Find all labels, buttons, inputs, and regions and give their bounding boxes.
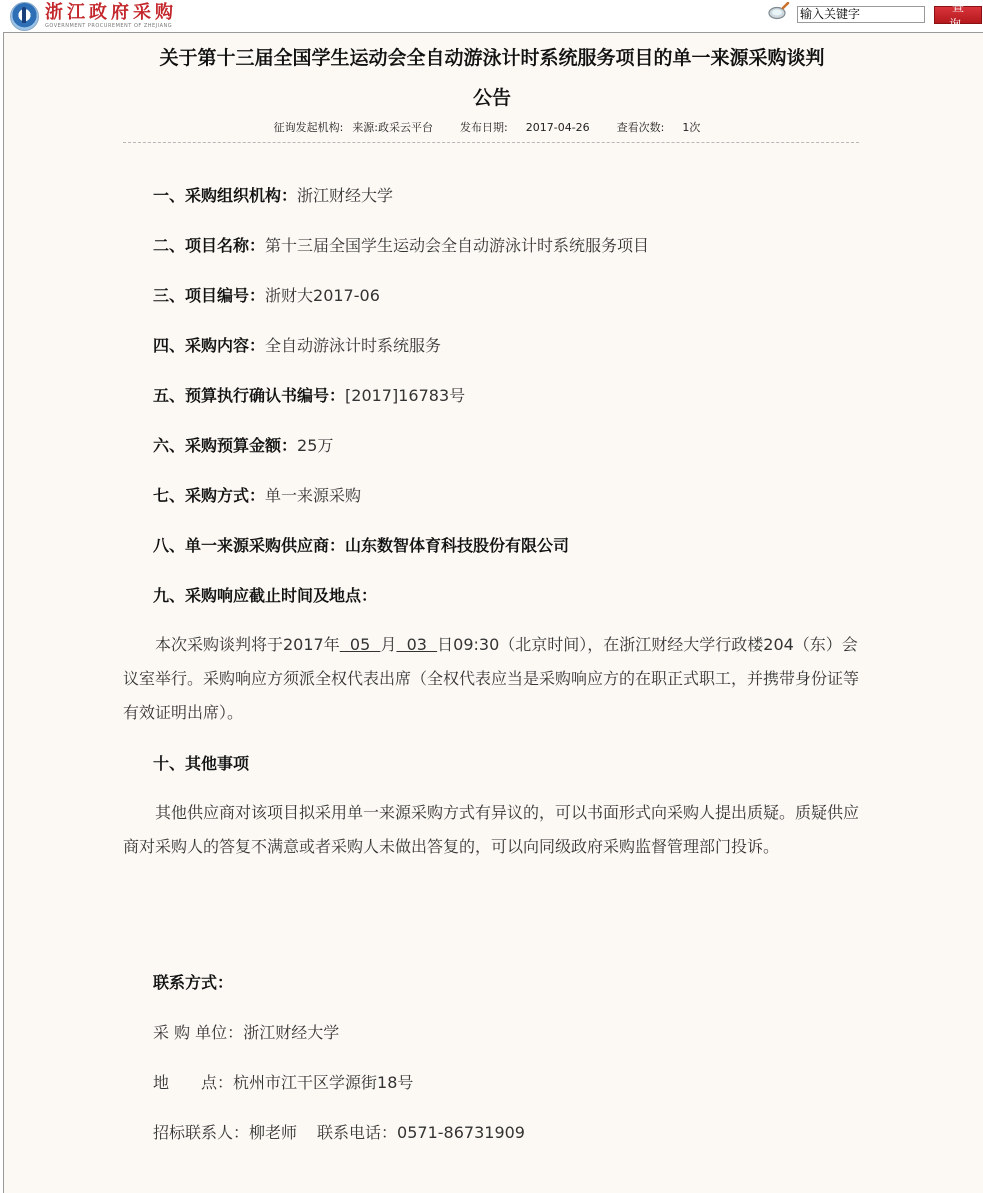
field-supplier: 八、单一来源采购供应商：山东数智体育科技股份有限公司	[153, 536, 569, 556]
title-line-1: 关于第十三届全国学生运动会全自动游泳计时系统服务项目的单一来源采购谈判	[159, 47, 824, 69]
field-budget: 六、采购预算金额：25万	[153, 436, 333, 456]
field-label: 九、采购响应截止时间及地点：	[153, 586, 377, 605]
field-method: 七、采购方式：单一来源采购	[153, 486, 361, 506]
logo-text: 浙江政府采购 GOVERNMENT PROCUREMENT OF ZHEJIAN…	[45, 4, 177, 29]
logo-cn: 浙江政府采购	[45, 4, 177, 22]
field-label: 四、采购内容：	[153, 336, 265, 355]
field-deadline-heading: 九、采购响应截止时间及地点：	[153, 586, 377, 606]
contact-value: 柳老师	[249, 1123, 297, 1142]
contact-unit: 采 购 单位：浙江财经大学	[153, 1023, 339, 1043]
field-value: 单一来源采购	[265, 486, 361, 505]
deadline-day: 03	[396, 635, 437, 654]
emblem-icon	[10, 2, 39, 31]
contact-address: 地 点：杭州市江干区学源街18号	[153, 1073, 413, 1093]
contact-label: 联系电话：	[317, 1123, 397, 1142]
meta-issuer: 征询发起机构:	[274, 121, 344, 134]
field-content: 四、采购内容：全自动游泳计时系统服务	[153, 336, 441, 356]
deadline-month: 05	[340, 635, 381, 654]
meta-source: 来源:政采云平台	[352, 121, 433, 134]
field-org: 一、采购组织机构：浙江财经大学	[153, 186, 393, 206]
article-title: 关于第十三届全国学生运动会全自动游泳计时系统服务项目的单一来源采购谈判 公告	[118, 38, 866, 118]
other-heading: 十、其他事项	[153, 754, 249, 774]
meta-date-label: 发布日期:	[460, 121, 508, 134]
section-heading: 联系方式：	[153, 973, 233, 992]
field-value: 第十三届全国学生运动会全自动游泳计时系统服务项目	[265, 236, 649, 255]
contact-label: 采 购 单位：	[153, 1023, 243, 1042]
top-bar: 浙江政府采购 GOVERNMENT PROCUREMENT OF ZHEJIAN…	[0, 0, 983, 32]
deadline-text-2: 月	[380, 635, 396, 654]
field-project-number: 三、项目编号：浙财大2017-06	[153, 286, 380, 306]
field-label: 七、采购方式：	[153, 486, 265, 505]
field-label: 五、预算执行确认书编号：	[153, 386, 345, 405]
meta-views: 1次	[682, 121, 700, 134]
field-label: 二、项目名称：	[153, 236, 265, 255]
meta-date: 2017-04-26	[526, 121, 590, 134]
field-value: 全自动游泳计时系统服务	[265, 336, 441, 355]
magnifier-icon	[768, 2, 790, 20]
divider	[123, 142, 859, 143]
article-content: 关于第十三届全国学生运动会全自动游泳计时系统服务项目的单一来源采购谈判 公告 征…	[0, 32, 983, 1193]
deadline-paragraph: 本次采购谈判将于2017年 05 月 03 日09:30（北京时间），在浙江财经…	[123, 628, 863, 730]
contact-value: 杭州市江干区学源街18号	[233, 1073, 413, 1092]
contact-heading: 联系方式：	[153, 973, 233, 993]
logo-en: GOVERNMENT PROCUREMENT OF ZHEJIANG	[45, 24, 177, 29]
field-label: 一、采购组织机构：	[153, 186, 297, 205]
search-input[interactable]: 输入关键字	[797, 6, 925, 23]
contact-value: 浙江财经大学	[243, 1023, 339, 1042]
field-budget-cert: 五、预算执行确认书编号：[2017]16783号	[153, 386, 465, 406]
section-heading: 十、其他事项	[153, 754, 249, 773]
search-button[interactable]: 查 询	[934, 6, 982, 24]
contact-label: 地 点：	[153, 1073, 233, 1092]
article-meta: 征询发起机构:来源:政采云平台发布日期:2017-04-26查看次数:1次	[0, 119, 983, 135]
field-label: 三、项目编号：	[153, 286, 265, 305]
contact-person: 招标联系人：柳老师联系电话：0571-86731909	[153, 1123, 525, 1143]
contact-label: 招标联系人：	[153, 1123, 249, 1142]
field-value: 浙财大2017-06	[265, 286, 380, 305]
field-value: 25万	[297, 436, 333, 455]
title-line-2: 公告	[473, 87, 511, 109]
contact-value: 0571-86731909	[397, 1123, 525, 1142]
meta-views-label: 查看次数:	[617, 121, 665, 134]
field-project-name: 二、项目名称：第十三届全国学生运动会全自动游泳计时系统服务项目	[153, 236, 649, 256]
field-value: [2017]16783号	[345, 386, 465, 405]
other-paragraph: 其他供应商对该项目拟采用单一来源采购方式有异议的，可以书面形式向采购人提出质疑。…	[123, 796, 863, 864]
field-value: 浙江财经大学	[297, 186, 393, 205]
deadline-text-1: 本次采购谈判将于2017年	[155, 635, 340, 654]
site-logo[interactable]: 浙江政府采购 GOVERNMENT PROCUREMENT OF ZHEJIAN…	[10, 2, 177, 30]
field-label: 六、采购预算金额：	[153, 436, 297, 455]
field-label: 八、单一来源采购供应商：山东数智体育科技股份有限公司	[153, 536, 569, 555]
